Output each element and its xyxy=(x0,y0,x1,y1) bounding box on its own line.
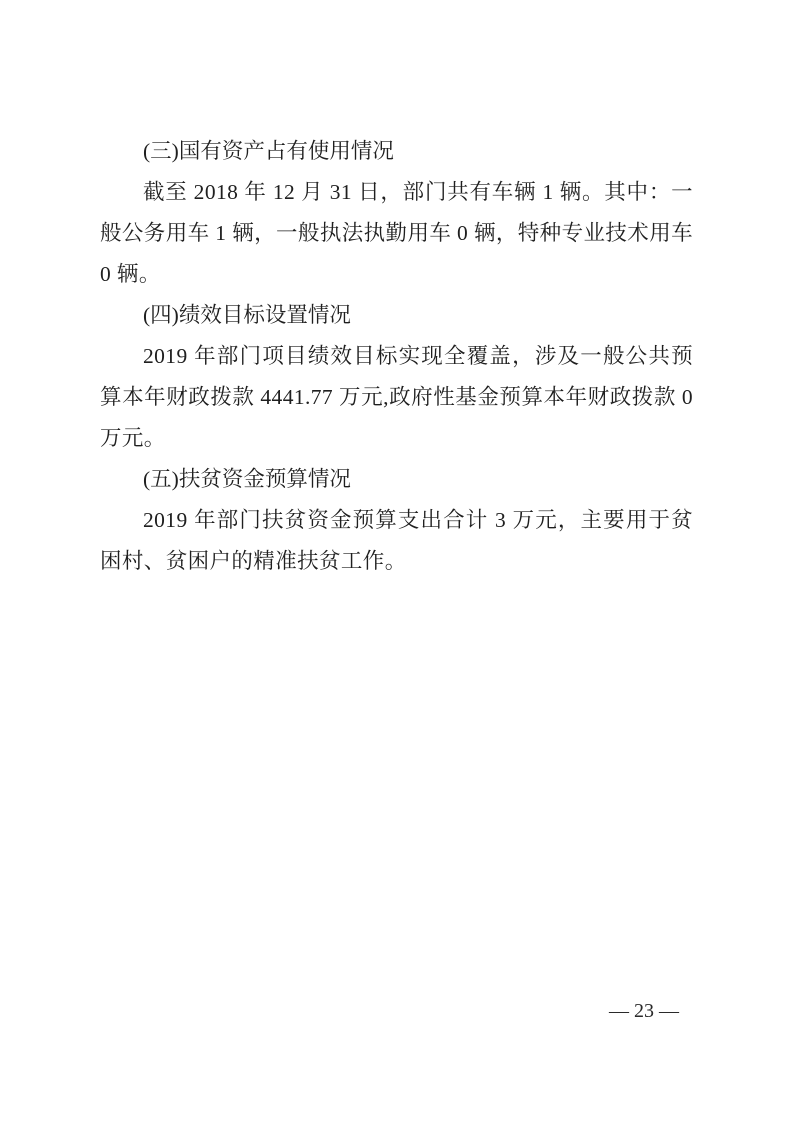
document-body: (三)国有资产占有使用情况 截至 2018 年 12 月 31 日，部门共有车辆… xyxy=(100,131,693,582)
section-paragraph-state-assets: 截至 2018 年 12 月 31 日，部门共有车辆 1 辆。其中：一般公务用车… xyxy=(100,172,693,295)
section-heading-state-assets: (三)国有资产占有使用情况 xyxy=(100,131,693,172)
section-paragraph-poverty-alleviation-funds: 2019 年部门扶贫资金预算支出合计 3 万元，主要用于贫困村、贫困户的精准扶贫… xyxy=(100,500,693,582)
section-heading-poverty-alleviation-funds: (五)扶贫资金预算情况 xyxy=(100,459,693,500)
section-paragraph-performance-targets: 2019 年部门项目绩效目标实现全覆盖，涉及一般公共预算本年财政拨款 4441.… xyxy=(100,336,693,459)
section-heading-performance-targets: (四)绩效目标设置情况 xyxy=(100,295,693,336)
document-page: (三)国有资产占有使用情况 截至 2018 年 12 月 31 日，部门共有车辆… xyxy=(0,0,793,1122)
page-number: — 23 — xyxy=(604,999,684,1023)
